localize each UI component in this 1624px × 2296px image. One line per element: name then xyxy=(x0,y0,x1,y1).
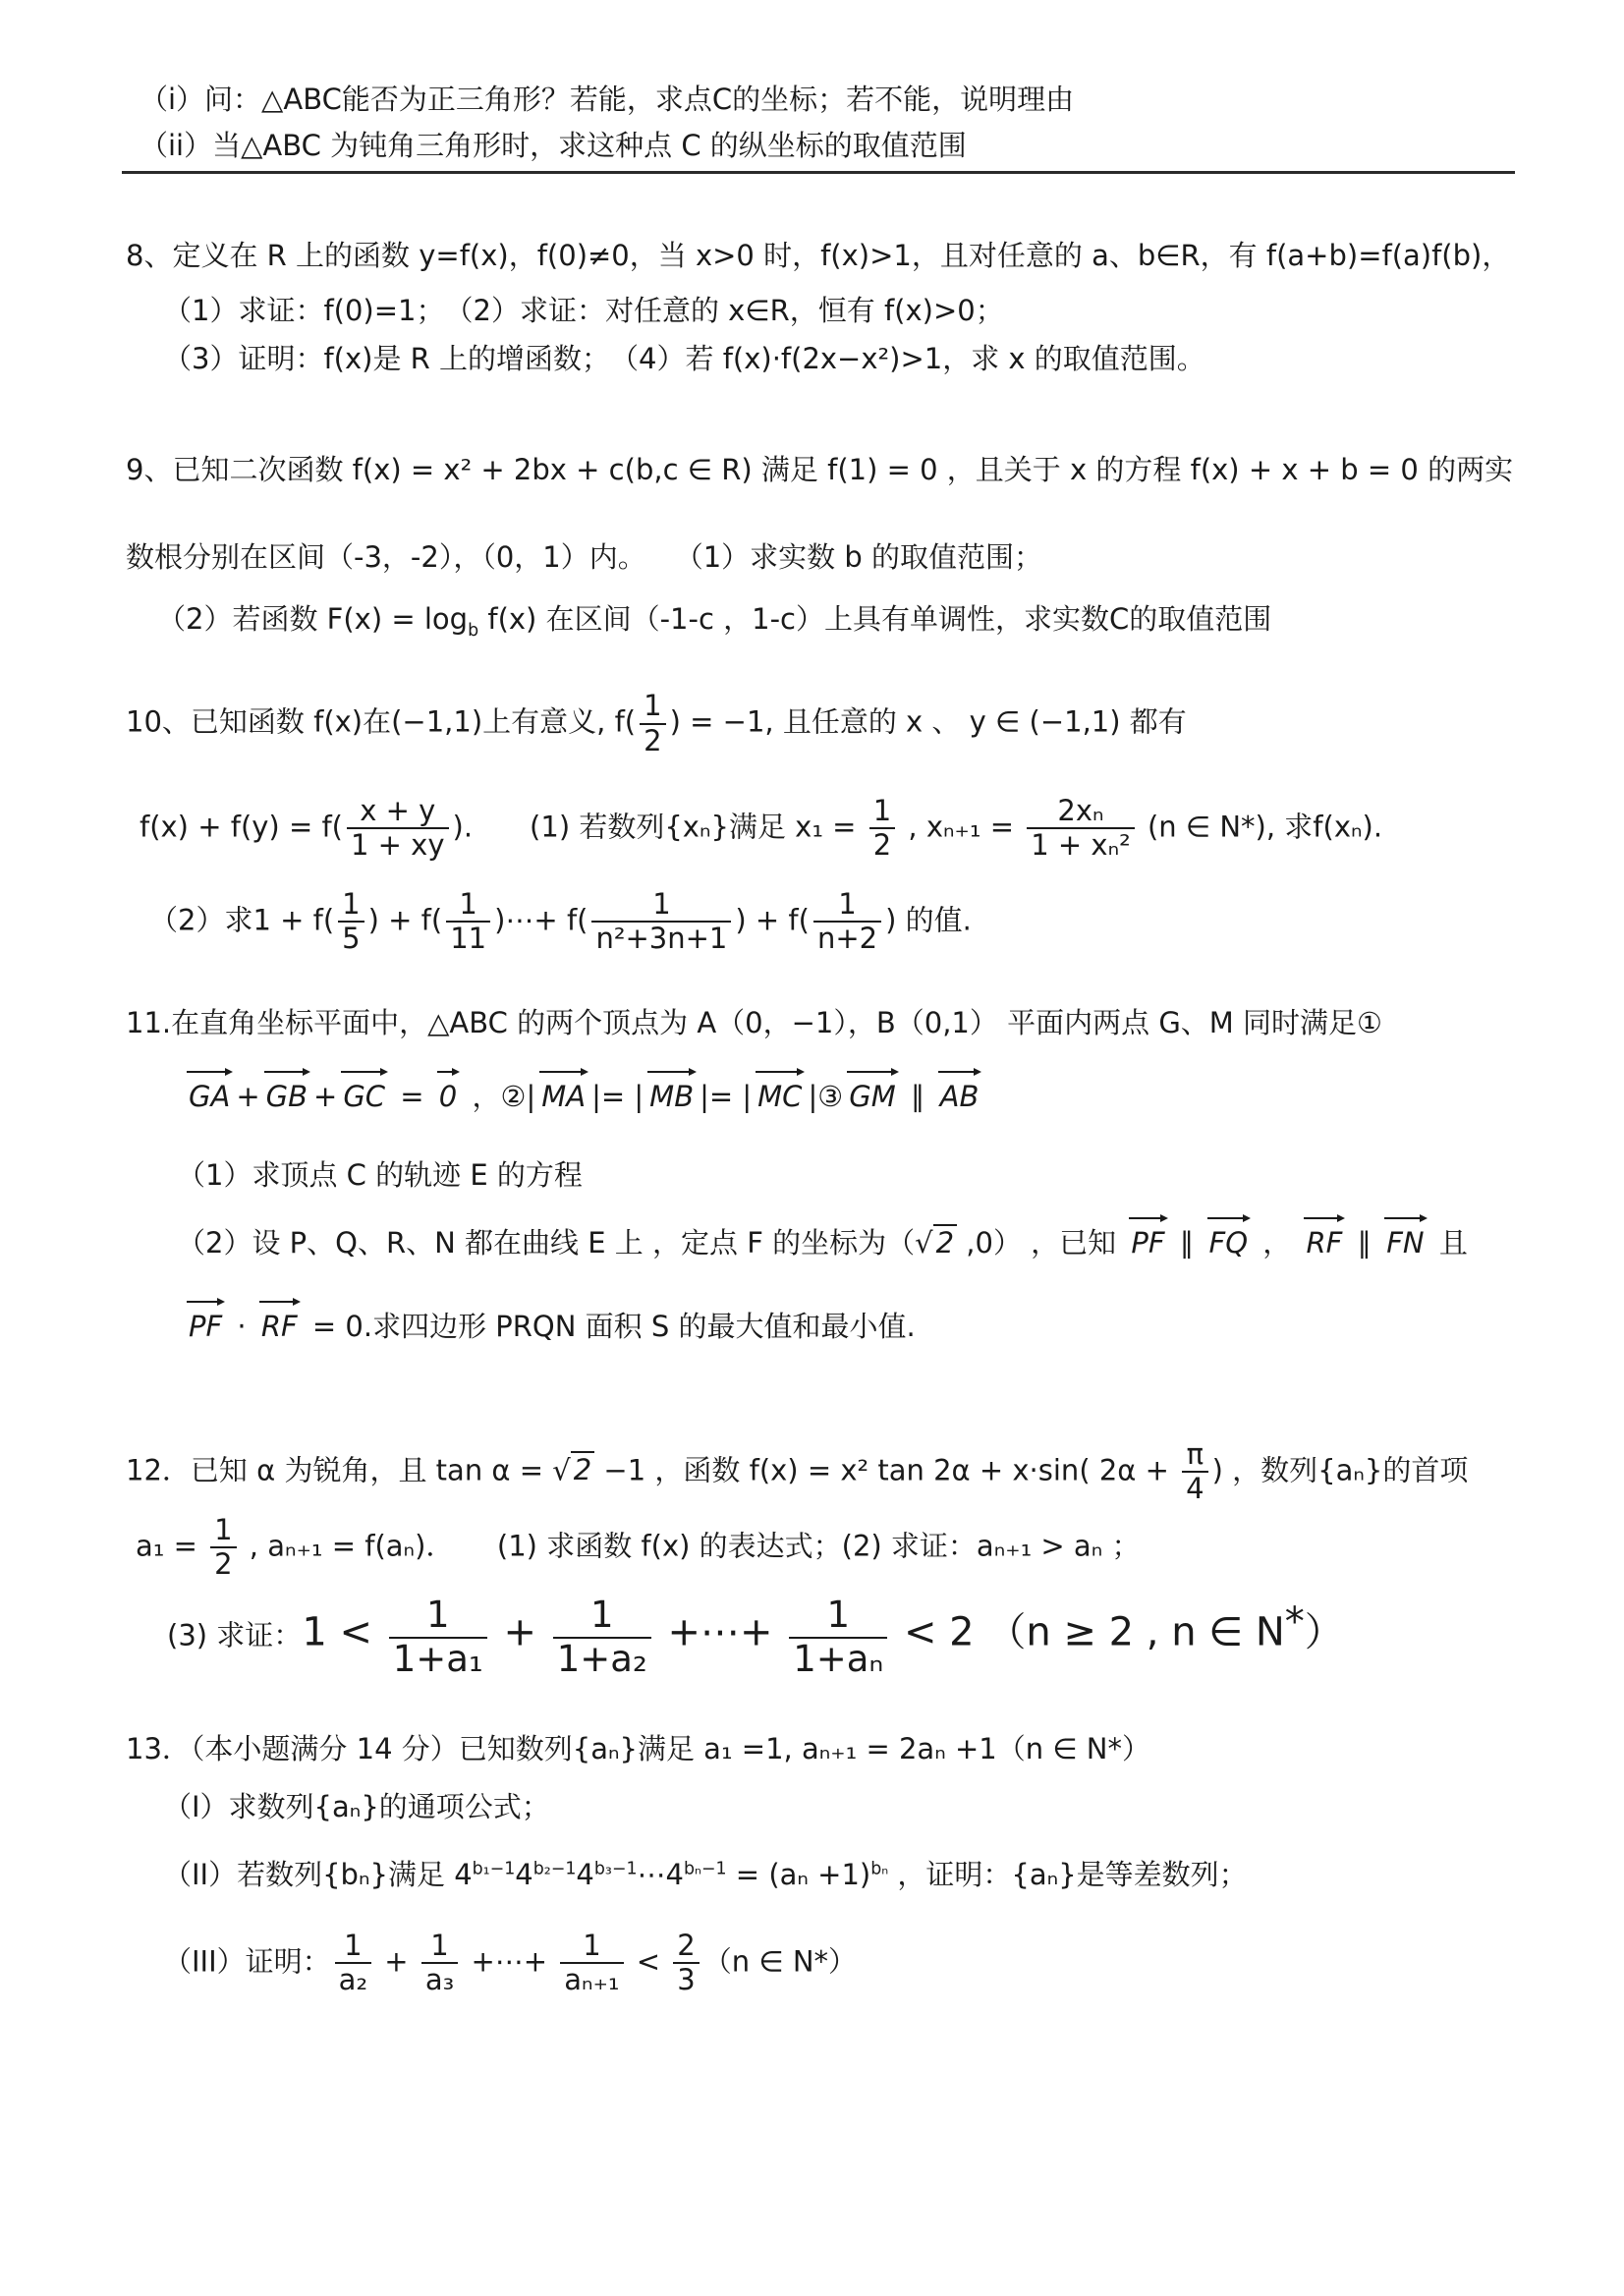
fraction: 11+aₙ xyxy=(785,1595,891,1680)
denominator: 4 xyxy=(1182,1471,1207,1505)
problem-13-part-3: （III）证明：1a₂ + 1a₃ +⋯+ 1aₙ₊₁ < 23（n ∈ N*） xyxy=(126,1930,1538,1997)
text-run: （III）证明： xyxy=(163,1944,331,1978)
problem-10: 10、已知函数 f(x)在(−1,1)上有意义, f(12) = −1, 且任意… xyxy=(126,690,1538,955)
intro-line-i: （i）问：△ABC能否为正三角形？若能，求点C的坐标；若不能，说明理由 xyxy=(126,81,1538,119)
fraction: 12 xyxy=(636,690,669,757)
text-run: ) + f( xyxy=(368,903,443,936)
text-run: a₁ = xyxy=(136,1529,206,1562)
text-run: ，证明：{aₙ}是等差数列； xyxy=(888,1858,1247,1891)
text-run: ,0） ，已知 xyxy=(957,1226,1125,1260)
problem-9-part-2: （2）若函数 F(x) = logb f(x) 在区间（-1-c ，1-c）上具… xyxy=(126,600,1538,643)
intro-line-ii: （ii）当△ABC 为钝角三角形时，求这种点 C 的纵坐标的取值范围 xyxy=(122,127,1515,165)
problem-11: 11.在直角坐标平面中，△ABC 的两个顶点为 A（0，−1），B（0,1） 平… xyxy=(126,1004,1538,1346)
denominator: 2 xyxy=(640,723,665,757)
text-run: ∥ xyxy=(1171,1226,1204,1260)
fraction: 11+a₁ xyxy=(385,1595,491,1680)
problem-8-statement: 8、定义在 R 上的函数 y=f(x)，f(0)≠0，当 x>0 时，f(x)>… xyxy=(126,237,1538,275)
fraction: 11+a₂ xyxy=(549,1595,655,1680)
problem-11-part-1: （1）求顶点 C 的轨迹 E 的方程 xyxy=(126,1156,1538,1195)
numerator: 2xₙ xyxy=(1053,795,1107,827)
vector-pf: PF xyxy=(187,1308,224,1346)
vector-ab: AB xyxy=(938,1078,981,1116)
problem-9-statement-line-1: 9、已知二次函数 f(x) = x² + 2bx + c(b,c ∈ R) 满足… xyxy=(126,451,1538,489)
problem-11-part-2-line-1: （2）设 P、Q、R、N 都在曲线 E 上 ，定点 F 的坐标为（√2 ,0） … xyxy=(126,1224,1538,1262)
numerator: 1 xyxy=(455,888,480,921)
worksheet-page: （i）问：△ABC能否为正三角形？若能，求点C的坐标；若不能，说明理由 （ii）… xyxy=(0,0,1624,2296)
vector-gm: GM xyxy=(847,1078,898,1116)
denominator: 2 xyxy=(210,1546,236,1581)
problem-8: 8、定义在 R 上的函数 y=f(x)，f(0)≠0，当 x>0 时，f(x)>… xyxy=(126,237,1538,377)
radicand: 2 xyxy=(571,1451,594,1486)
problem-12: 12．已知 α 为锐角，且 tan α = √2 −1 ，函数 f(x) = x… xyxy=(126,1438,1538,1680)
fraction: π4 xyxy=(1178,1438,1211,1506)
vector-0: 0 xyxy=(437,1078,459,1116)
denominator: n²+3n+1 xyxy=(591,921,731,955)
intro-underline-rule: （ii）当△ABC 为钝角三角形时，求这种点 C 的纵坐标的取值范围 xyxy=(122,127,1515,174)
text-run: + xyxy=(491,1610,549,1655)
numerator: 1 xyxy=(834,888,860,921)
numerator: 1 xyxy=(822,1595,854,1637)
radical-sign: √ xyxy=(915,1226,932,1260)
text-run: ⋯4 xyxy=(638,1858,684,1891)
text-run: 12．已知 α 为锐角，且 tan α = xyxy=(126,1453,552,1486)
superscript: bₙ−1 xyxy=(684,1859,727,1878)
square-root: √2 xyxy=(915,1224,957,1260)
text-run: （2）设 P、Q、R、N 都在曲线 E 上 ，定点 F 的坐标为（ xyxy=(177,1226,915,1260)
problem-13: 13．（本小题满分 14 分）已知数列{aₙ}满足 a₁ =1, aₙ₊₁ = … xyxy=(126,1730,1538,1997)
text-run: ) + f( xyxy=(735,903,810,936)
numerator: x + y xyxy=(356,795,439,827)
denominator: 2 xyxy=(869,827,895,862)
text-run: ) ，数列{aₙ}的首项 xyxy=(1212,1453,1469,1486)
text-run: ， xyxy=(1254,1226,1300,1260)
problem-8-parts-1-2: （1）求证：f(0)=1； （2）求证：对任意的 x∈R，恒有 f(x)>0； xyxy=(126,292,1538,330)
text-run: |= | xyxy=(591,1080,644,1113)
text-run: + xyxy=(236,1080,259,1113)
problem-12-part-3: (3) 求证：1 < 11+a₁ + 11+a₂ +⋯+ 11+aₙ < 2 （… xyxy=(126,1595,1538,1680)
vector-mc: MC xyxy=(756,1078,804,1116)
fraction: 12 xyxy=(206,1514,240,1582)
fraction: 1n+2 xyxy=(810,888,885,956)
text-run: 10、已知函数 f(x)在(−1,1)上有意义, f( xyxy=(126,705,636,739)
numerator: 1 xyxy=(648,888,674,921)
text-run: , xₙ₊₁ = xyxy=(899,810,1023,843)
problem-9-statement-line-2: 数根分别在区间（-3，-2），（0，1）内。 （1）求实数 b 的取值范围； xyxy=(126,538,1538,577)
numerator: π xyxy=(1183,1438,1207,1471)
problem-12-statement: 12．已知 α 为锐角，且 tan α = √2 −1 ，函数 f(x) = x… xyxy=(126,1438,1538,1506)
text-run: ) = −1, 且任意的 x 、 y ∈ (−1,1) 都有 xyxy=(670,705,1187,739)
numerator: 1 xyxy=(422,1595,454,1637)
text-run: 4 xyxy=(515,1858,532,1891)
numerator: 1 xyxy=(340,1930,365,1962)
text-run: （II）若数列{bₙ}满足 4 xyxy=(163,1858,473,1891)
text-run: （2）求1 + f( xyxy=(149,903,334,936)
problem-10-part-2: （2）求1 + f(15) + f(111)⋯+ f(1n²+3n+1) + f… xyxy=(126,888,1538,956)
superscript: * xyxy=(1285,1599,1305,1645)
numerator: 1 xyxy=(640,690,665,722)
superscript: b₁−1 xyxy=(473,1859,516,1878)
problem-10-statement: 10、已知函数 f(x)在(−1,1)上有意义, f(12) = −1, 且任意… xyxy=(126,690,1538,757)
intro-section: （i）问：△ABC能否为正三角形？若能，求点C的坐标；若不能，说明理由 （ii）… xyxy=(126,81,1538,174)
numerator: 1 xyxy=(579,1930,604,1962)
text-run: (n ∈ N*), 求f(xₙ). xyxy=(1139,810,1382,843)
vector-ga: GA xyxy=(187,1078,232,1116)
vector-mb: MB xyxy=(647,1078,696,1116)
text-run: (3) 求证： xyxy=(167,1619,302,1652)
problem-9: 9、已知二次函数 f(x) = x² + 2bx + c(b,c ∈ R) 满足… xyxy=(126,451,1538,644)
problem-11-vector-conditions: GA+GB+GC = 0 ，②|MA|= |MB|= |MC|③GM ∥ AB xyxy=(126,1078,1538,1116)
text-run: |③ xyxy=(808,1080,843,1113)
fraction: 15 xyxy=(334,888,367,956)
text-run: = 0.求四边形 PRQN 面积 S 的最大值和最小值. xyxy=(304,1310,916,1343)
vector-rf: RF xyxy=(1304,1224,1344,1262)
text-run: ∥ xyxy=(902,1080,934,1113)
text-run: < xyxy=(628,1944,670,1978)
fraction: 1aₙ₊₁ xyxy=(556,1930,627,1997)
denominator: 5 xyxy=(338,921,364,955)
problem-13-statement: 13．（本小题满分 14 分）已知数列{aₙ}满足 a₁ =1, aₙ₊₁ = … xyxy=(126,1730,1538,1768)
radical-sign: √ xyxy=(552,1453,570,1486)
text-run: · xyxy=(228,1310,255,1343)
denominator: aₙ₊₁ xyxy=(560,1962,623,1996)
fraction: 2xₙ1 + xₙ² xyxy=(1023,795,1139,863)
denominator: 1 + xy xyxy=(347,827,449,862)
fraction: 12 xyxy=(866,795,899,863)
text-run: = xyxy=(391,1080,433,1113)
superscript: bₙ xyxy=(870,1859,888,1878)
text-run: ). (1) 若数列{xₙ}满足 x₁ = xyxy=(453,810,866,843)
fraction: 23 xyxy=(669,1930,702,1997)
vector-fn: FN xyxy=(1384,1224,1426,1262)
text-run: （2）若函数 F(x) = log xyxy=(157,602,468,636)
text-run: 且 xyxy=(1430,1226,1468,1260)
text-run: +⋯+ xyxy=(655,1610,785,1655)
vector-fq: FQ xyxy=(1207,1224,1251,1262)
denominator: a₂ xyxy=(335,1962,371,1996)
text-run: f(x) 在区间（-1-c ，1-c）上具有单调性，求实数C的取值范围 xyxy=(478,602,1271,636)
text-run: = (aₙ +1) xyxy=(727,1858,871,1891)
fraction: 1a₃ xyxy=(418,1930,462,1997)
numerator: 1 xyxy=(426,1930,452,1962)
text-run: f(x) + f(y) = f( xyxy=(140,810,343,843)
square-root: √2 xyxy=(552,1451,594,1486)
denominator: a₃ xyxy=(421,1962,458,1996)
vector-gb: GB xyxy=(264,1078,309,1116)
problem-13-part-2: （II）若数列{bₙ}满足 4b₁−14b₂−14b₃−1⋯4bₙ−1 = (a… xyxy=(126,1856,1538,1894)
denominator: 1+aₙ xyxy=(789,1637,887,1681)
numerator: 1 xyxy=(587,1595,618,1637)
vector-rf: RF xyxy=(259,1308,300,1346)
problem-13-part-1: （I）求数列{aₙ}的通项公式； xyxy=(126,1788,1538,1826)
problem-11-part-2-line-2: PF · RF = 0.求四边形 PRQN 面积 S 的最大值和最小值. xyxy=(126,1308,1538,1346)
text-run: 4 xyxy=(576,1858,593,1891)
denominator: 1 + xₙ² xyxy=(1027,827,1135,862)
radicand: 2 xyxy=(933,1224,957,1260)
problem-8-parts-3-4: （3）证明：f(x)是 R 上的增函数； （4）若 f(x)·f(2x−x²)>… xyxy=(126,340,1538,378)
text-run: , aₙ₊₁ = f(aₙ)． (1) 求函数 f(x) 的表达式；(2) 求证… xyxy=(241,1529,1141,1562)
numerator: 1 xyxy=(338,888,364,921)
subscript: b xyxy=(468,621,478,641)
vector-gc: GC xyxy=(341,1078,387,1116)
text-run: ） xyxy=(1305,1610,1344,1655)
text-run: + xyxy=(313,1080,337,1113)
denominator: n+2 xyxy=(813,921,881,955)
text-run: + xyxy=(375,1944,418,1978)
fraction: x + y1 + xy xyxy=(343,795,453,863)
text-run: ) 的值. xyxy=(885,903,972,936)
fraction: 1a₂ xyxy=(331,1930,375,1997)
text-run: 1 < xyxy=(302,1610,384,1655)
text-run: < 2 （n ≥ 2 , n ∈ N xyxy=(891,1610,1285,1655)
fraction: 1n²+3n+1 xyxy=(588,888,735,956)
numerator: 1 xyxy=(869,795,895,827)
problem-11-statement: 11.在直角坐标平面中，△ABC 的两个顶点为 A（0，−1），B（0,1） 平… xyxy=(126,1004,1538,1042)
text-run: |= | xyxy=(700,1080,752,1113)
vector-pf: PF xyxy=(1129,1224,1166,1262)
fraction: 111 xyxy=(442,888,494,956)
denominator: 3 xyxy=(673,1962,699,1996)
denominator: 1+a₁ xyxy=(389,1637,487,1681)
text-run: )⋯+ f( xyxy=(494,903,588,936)
text-run: +⋯+ xyxy=(462,1944,556,1978)
text-run: ∥ xyxy=(1348,1226,1380,1260)
numerator: 2 xyxy=(673,1930,699,1962)
numerator: 1 xyxy=(210,1514,236,1546)
denominator: 11 xyxy=(446,921,490,955)
problem-12-parts-1-2: a₁ = 12 , aₙ₊₁ = f(aₙ)． (1) 求函数 f(x) 的表达… xyxy=(126,1514,1538,1582)
vector-ma: MA xyxy=(539,1078,588,1116)
text-run: −1 ，函数 f(x) = x² tan 2α + x·sin( 2α + xyxy=(594,1453,1178,1486)
superscript: b₃−1 xyxy=(594,1859,638,1878)
superscript: b₂−1 xyxy=(533,1859,577,1878)
text-run: （n ∈ N*） xyxy=(703,1944,857,1978)
denominator: 1+a₂ xyxy=(553,1637,651,1681)
problem-10-equation-and-part-1: f(x) + f(y) = f(x + y1 + xy). (1) 若数列{xₙ… xyxy=(126,795,1538,863)
text-run: ，②| xyxy=(463,1080,535,1113)
